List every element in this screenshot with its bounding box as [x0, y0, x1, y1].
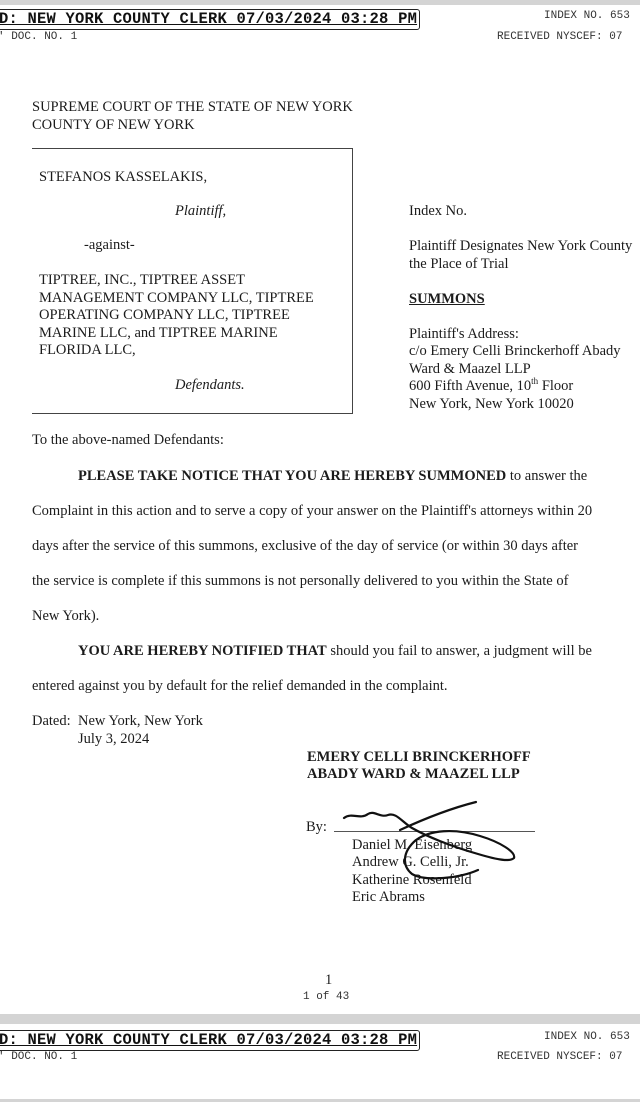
index-no-label: Index No. — [409, 203, 467, 220]
dated-label: Dated: — [32, 713, 71, 730]
defendant-line: TIPTREE, INC., TIPTREE ASSET — [39, 272, 245, 289]
notice-line: New York). — [32, 608, 99, 625]
notice-line: the service is complete if this summons … — [32, 573, 568, 590]
notice-rest: to answer the — [506, 468, 587, 484]
place-of-trial-2: the Place of Trial — [409, 256, 508, 273]
address-line: c/o Emery Celli Brinckerhoff Abady — [409, 343, 621, 360]
plaintiff-label: Plaintiff, — [175, 203, 226, 220]
page-of-total: 1 of 43 — [303, 991, 349, 1003]
page-gap-top — [0, 0, 640, 5]
notice-line: days after the service of this summons, … — [32, 538, 578, 555]
court-county: COUNTY OF NEW YORK — [32, 117, 195, 134]
dated-place: New York, New York — [78, 713, 203, 730]
address-street: 600 Fifth Avenue, 10 — [409, 378, 531, 394]
notice-line: Complaint in this action and to serve a … — [32, 503, 592, 520]
dated-date: July 3, 2024 — [78, 731, 149, 748]
page-number: 1 — [325, 972, 332, 989]
plaintiff-address-label: Plaintiff's Address: — [409, 326, 519, 343]
received-header: RECEIVED NYSCEF: 07 — [497, 31, 622, 43]
handwritten-signature-icon — [330, 800, 530, 890]
court-name: SUPREME COURT OF THE STATE OF NEW YORK — [32, 99, 353, 116]
firm-name-line1: EMERY CELLI BRINCKERHOFF — [307, 749, 531, 766]
by-label: By: — [306, 819, 327, 836]
doc-no-header-next-page: ' DOC. NO. 1 — [0, 1051, 77, 1063]
notified-line: entered against you by default for the r… — [32, 678, 448, 695]
firm-name-line2: ABADY WARD & MAAZEL LLP — [307, 766, 520, 783]
defendants-label: Defendants. — [175, 377, 245, 394]
salutation: To the above-named Defendants: — [32, 432, 224, 449]
address-line: 600 Fifth Avenue, 10th Floor — [409, 378, 573, 395]
defendant-line: MARINE LLC, and TIPTREE MARINE — [39, 325, 278, 342]
page-gap — [0, 1014, 640, 1024]
defendant-line: FLORIDA LLC, — [39, 342, 136, 359]
defendant-line: OPERATING COMPANY LLC, TIPTREE — [39, 307, 290, 324]
against-label: -against- — [84, 237, 135, 254]
index-no-header: INDEX NO. 653 — [544, 10, 630, 22]
index-no-header-next-page: INDEX NO. 653 — [544, 1031, 630, 1043]
address-line: New York, New York 10020 — [409, 396, 574, 413]
summons-title: SUMMONS — [409, 291, 485, 308]
attorney-name: Eric Abrams — [352, 889, 425, 906]
address-line: Ward & Maazel LLP — [409, 361, 531, 378]
received-header-next-page: RECEIVED NYSCEF: 07 — [497, 1051, 622, 1063]
place-of-trial: Plaintiff Designates New York County — [409, 238, 632, 255]
defendant-line: MANAGEMENT COMPANY LLC, TIPTREE — [39, 290, 314, 307]
notice-paragraph-line1: PLEASE TAKE NOTICE THAT YOU ARE HEREBY S… — [78, 468, 587, 485]
notified-rest: should you fail to answer, a judgment wi… — [327, 643, 592, 659]
plaintiff-name: STEFANOS KASSELAKIS, — [39, 169, 207, 186]
address-floor: Floor — [538, 378, 573, 394]
filed-banner-next-page: D: NEW YORK COUNTY CLERK 07/03/2024 03:2… — [0, 1030, 420, 1051]
filed-banner: D: NEW YORK COUNTY CLERK 07/03/2024 03:2… — [0, 9, 420, 30]
notified-bold: YOU ARE HEREBY NOTIFIED THAT — [78, 643, 327, 659]
notice-bold: PLEASE TAKE NOTICE THAT YOU ARE HEREBY S… — [78, 468, 506, 484]
notified-paragraph-line1: YOU ARE HEREBY NOTIFIED THAT should you … — [78, 643, 592, 660]
doc-no-header: ' DOC. NO. 1 — [0, 31, 77, 43]
